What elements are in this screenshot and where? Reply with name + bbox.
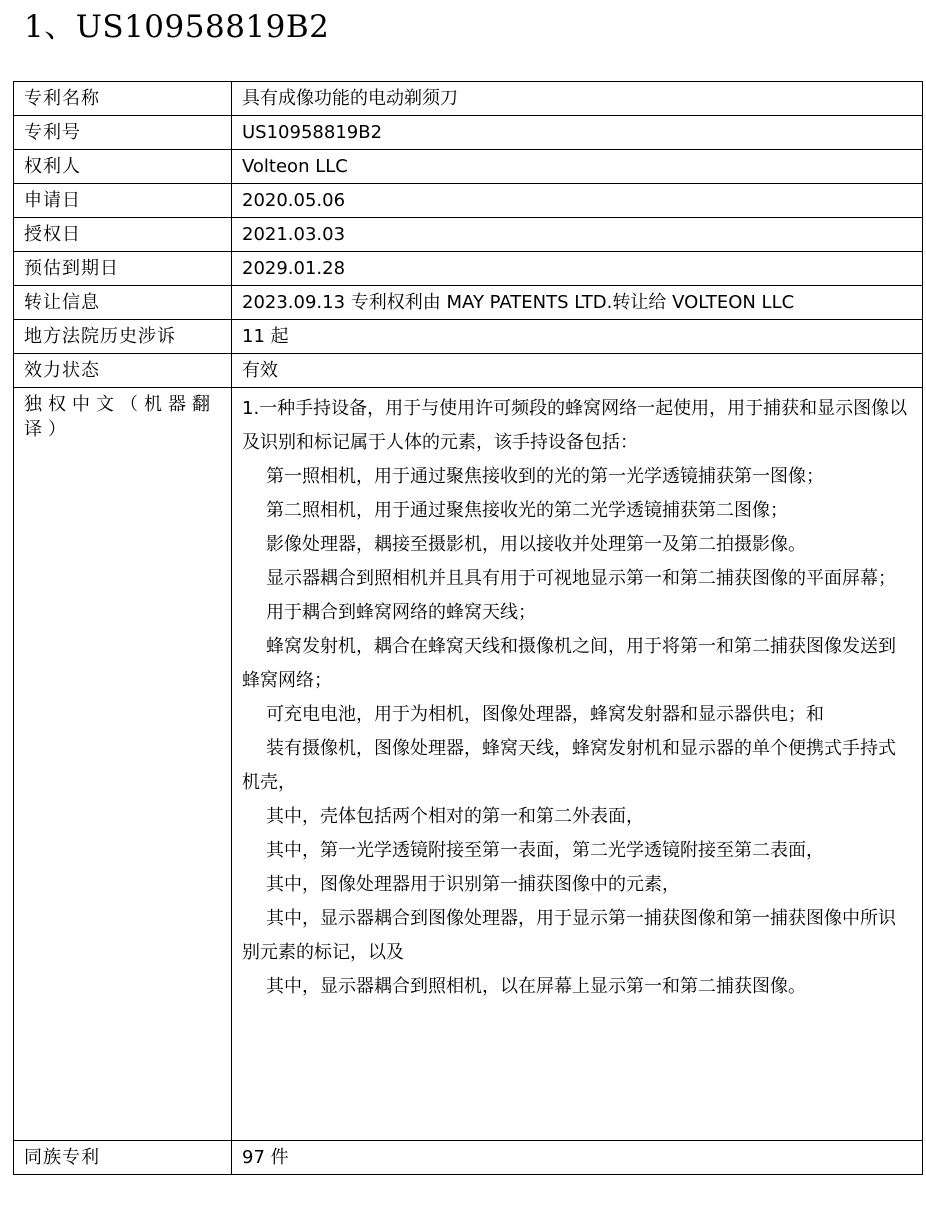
row-label: 授权日 — [14, 218, 232, 252]
row-label: 地方法院历史涉诉 — [14, 320, 232, 354]
claim-paragraph: 其中，壳体包括两个相对的第一和第二外表面， — [242, 800, 912, 834]
claim-paragraph: 其中，显示器耦合到图像处理器，用于显示第一捕获图像和第一捕获图像中所识别元素的标… — [242, 902, 912, 970]
table-row-patent-family: 同族专利 97 件 — [14, 1141, 923, 1175]
table-row-expiry-date: 预估到期日 2029.01.28 — [14, 252, 923, 286]
claim-paragraph: 可充电电池，用于为相机，图像处理器，蜂窝发射器和显示器供电；和 — [242, 698, 912, 732]
row-value: 有效 — [232, 354, 923, 388]
claims-text: 1.一种手持设备，用于与使用许可频段的蜂窝网络一起使用，用于捕获和显示图像以及识… — [232, 388, 923, 1141]
claim-paragraph: 其中，显示器耦合到照相机，以在屏幕上显示第一和第二捕获图像。 — [242, 970, 912, 1004]
row-value: 2029.01.28 — [232, 252, 923, 286]
table-row-transfer-info: 转让信息 2023.09.13 专利权利由 MAY PATENTS LTD.转让… — [14, 286, 923, 320]
row-value: 2021.03.03 — [232, 218, 923, 252]
row-label: 专利号 — [14, 116, 232, 150]
table-row-legal-status: 效力状态 有效 — [14, 354, 923, 388]
row-value: 具有成像功能的电动剃须刀 — [232, 82, 923, 116]
claim-paragraph: 其中，图像处理器用于识别第一捕获图像中的元素， — [242, 868, 912, 902]
row-value: 97 件 — [232, 1141, 923, 1175]
claim-paragraph: 蜂窝发射机，耦合在蜂窝天线和摄像机之间，用于将第一和第二捕获图像发送到蜂窝网络； — [242, 630, 912, 698]
claim-paragraph: 装有摄像机，图像处理器，蜂窝天线，蜂窝发射机和显示器的单个便携式手持式机壳， — [242, 732, 912, 800]
claim-paragraph: 其中，第一光学透镜附接至第一表面，第二光学透镜附接至第二表面， — [242, 834, 912, 868]
row-value: 2023.09.13 专利权利由 MAY PATENTS LTD.转让给 VOL… — [232, 286, 923, 320]
row-label: 转让信息 — [14, 286, 232, 320]
claim-paragraph: 1.一种手持设备，用于与使用许可频段的蜂窝网络一起使用，用于捕获和显示图像以及识… — [242, 392, 912, 460]
table-row-assignee: 权利人 Volteon LLC — [14, 150, 923, 184]
row-label: 效力状态 — [14, 354, 232, 388]
row-value: 11 起 — [232, 320, 923, 354]
claim-paragraph: 显示器耦合到照相机并且具有用于可视地显示第一和第二捕获图像的平面屏幕； — [242, 562, 912, 596]
claim-paragraph: 第一照相机，用于通过聚焦接收到的光的第一光学透镜捕获第一图像； — [242, 460, 912, 494]
claim-paragraph: 第二照相机，用于通过聚焦接收光的第二光学透镜捕获第二图像； — [242, 494, 912, 528]
table-row-filing-date: 申请日 2020.05.06 — [14, 184, 923, 218]
document-title: 1、US10958819B2 — [24, 6, 329, 48]
row-label: 预估到期日 — [14, 252, 232, 286]
row-value: Volteon LLC — [232, 150, 923, 184]
row-label: 申请日 — [14, 184, 232, 218]
table-row-grant-date: 授权日 2021.03.03 — [14, 218, 923, 252]
table-row-independent-claim: 独权中文（机器翻译） 1.一种手持设备，用于与使用许可频段的蜂窝网络一起使用，用… — [14, 388, 923, 1141]
table-row-patent-number: 专利号 US10958819B2 — [14, 116, 923, 150]
row-label: 独权中文（机器翻译） — [14, 388, 232, 1141]
row-label: 同族专利 — [14, 1141, 232, 1175]
row-label: 专利名称 — [14, 82, 232, 116]
row-value: US10958819B2 — [232, 116, 923, 150]
row-value: 2020.05.06 — [232, 184, 923, 218]
row-label: 权利人 — [14, 150, 232, 184]
table-row-patent-name: 专利名称 具有成像功能的电动剃须刀 — [14, 82, 923, 116]
claim-paragraph: 用于耦合到蜂窝网络的蜂窝天线； — [242, 596, 912, 630]
table-row-litigation: 地方法院历史涉诉 11 起 — [14, 320, 923, 354]
patent-info-table: 专利名称 具有成像功能的电动剃须刀 专利号 US10958819B2 权利人 V… — [13, 81, 923, 1175]
claim-paragraph: 影像处理器，耦接至摄影机，用以接收并处理第一及第二拍摄影像。 — [242, 528, 912, 562]
